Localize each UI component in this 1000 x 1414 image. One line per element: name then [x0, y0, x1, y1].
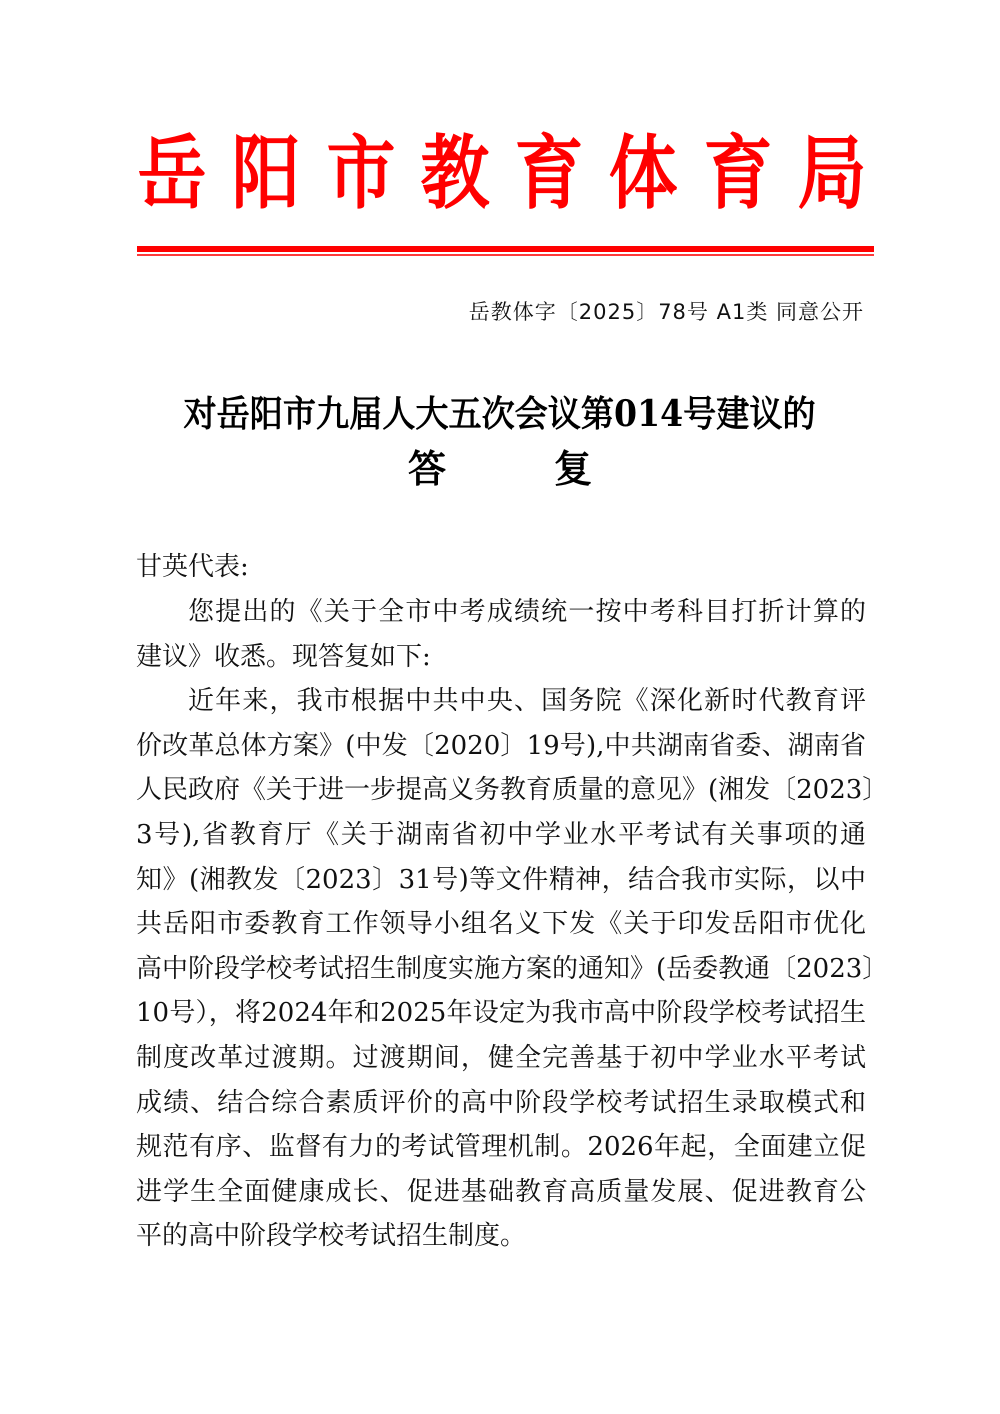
masthead-char: 育 — [703, 133, 772, 213]
document-page: 岳 阳 市 教 育 体 育 局 岳教体字〔2025〕78号 A1类 同意公开 对… — [0, 0, 1000, 1414]
document-title-line2: 答复 — [100, 438, 900, 493]
paragraph-2-line: 共岳阳市委教育工作领导小组名义下发《关于印发岳阳市优化 — [136, 902, 866, 947]
masthead-char: 局 — [798, 133, 867, 213]
masthead-char: 体 — [609, 133, 678, 213]
paragraph-2-line: 成绩、结合综合素质评价的高中阶段学校考试招生录取模式和 — [136, 1081, 866, 1126]
document-title-line1: 对岳阳市九届人大五次会议第014号建议的 — [184, 386, 816, 437]
paragraph-1-line: 您提出的《关于全市中考成绩统一按中考科目打折计算的 — [136, 590, 866, 635]
paragraph-2-line: 高中阶段学校考试招生制度实施方案的通知》(岳委教通〔2023〕 — [136, 947, 866, 992]
paragraph-2-line: 规范有序、监督有力的考试管理机制。2026年起，全面建立促 — [136, 1125, 866, 1170]
title-char-fu: 复 — [554, 446, 592, 491]
salutation: 甘英代表: — [136, 545, 866, 590]
red-divider-thick — [137, 246, 874, 252]
paragraph-2-line: 3号),省教育厅《关于湖南省初中学业水平考试有关事项的通 — [136, 813, 866, 858]
paragraph-2-line: 价改革总体方案》(中发〔2020〕19号),中共湖南省委、湖南省 — [136, 724, 866, 769]
paragraph-2-line: 10号），将2024年和2025年设定为我市高中阶段学校考试招生 — [136, 991, 866, 1036]
masthead-char: 育 — [515, 133, 584, 213]
paragraph-2-line: 进学生全面健康成长、促进基础教育高质量发展、促进教育公 — [136, 1170, 866, 1215]
document-number: 岳教体字〔2025〕78号 A1类 同意公开 — [469, 296, 864, 332]
paragraph-2-line: 人民政府《关于进一步提高义务教育质量的意见》(湘发〔2023〕 — [136, 768, 866, 813]
paragraph-2-line: 制度改革过渡期。过渡期间，健全完善基于初中学业水平考试 — [136, 1036, 866, 1081]
paragraph-2-line: 知》(湘教发〔2023〕31号)等文件精神，结合我市实际，以中 — [136, 858, 866, 903]
body-paragraphs: 您提出的《关于全市中考成绩统一按中考科目打折计算的 建议》收悉。现答复如下: 近… — [136, 590, 866, 1259]
document-title: 对岳阳市九届人大五次会议第014号建议的 — [100, 386, 900, 437]
red-divider-thin — [137, 254, 874, 256]
masthead-char: 市 — [326, 133, 395, 213]
paragraph-1-line: 建议》收悉。现答复如下: — [136, 635, 866, 680]
title-char-da: 答 — [408, 446, 446, 491]
paragraph-2-line: 近年来，我市根据中共中央、国务院《深化新时代教育评 — [136, 679, 866, 724]
masthead-char: 岳 — [138, 133, 207, 213]
masthead-char: 教 — [420, 133, 489, 213]
masthead-char: 阳 — [232, 133, 301, 213]
masthead-title: 岳 阳 市 教 育 体 育 局 — [132, 118, 872, 228]
paragraph-2-line: 平的高中阶段学校考试招生制度。 — [136, 1214, 866, 1259]
